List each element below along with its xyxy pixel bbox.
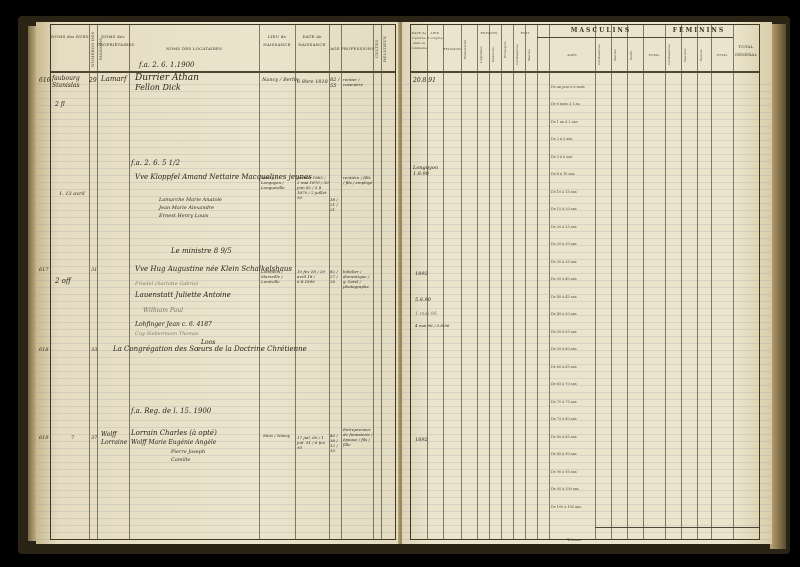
age-bracket: De 20 à 25 ans — [551, 225, 577, 229]
tenant-name: Lorrain Charles (à opté) — [131, 429, 217, 437]
tenant-name: Camille — [171, 457, 190, 463]
birth-place: Lothheim / Marseille / Lunéville — [261, 269, 295, 284]
header-date-naissance: DATE de NAISSANCE — [295, 33, 329, 49]
house-number: 37 — [91, 435, 97, 441]
age-bracket: De 80 à 85 ans — [551, 435, 577, 439]
age-bracket: De 45 à 50 ans — [551, 312, 577, 316]
age-bracket: De 5 à 6 ans — [551, 155, 572, 159]
header-lieu-naissance: LIEU de NAISSANCE — [259, 33, 295, 49]
entry-date-note: 4 mai 96 / 5.8.96 — [415, 323, 449, 328]
header-lieu-origine: LIEU d'origine — [427, 31, 443, 41]
age-bracket: De 50 à 55 ans — [551, 330, 577, 334]
totals-divider — [595, 527, 759, 528]
header-date-entree: DATE de l'entrée dans la commune — [411, 31, 427, 51]
entry-number: 619 — [39, 435, 49, 441]
entry-date-note: Longuyon 1.8.98 — [413, 165, 439, 177]
birth-date: 17 juil. 60 / 1 juil. 91 / 6 fev. 93 — [297, 435, 329, 450]
entry-date-note: 1892 — [415, 271, 428, 277]
header-cultes: CULTES RELIGIEUX — [373, 29, 381, 69]
street-name: faubourg Stanislas — [52, 75, 88, 89]
header-naturels: Naturels — [489, 41, 501, 69]
entry-note: Le ministre 8 9/5 — [171, 247, 232, 255]
age: 18 / 21 / 21 — [330, 197, 341, 212]
profession: rentière / fille / fils / employé — [343, 175, 373, 185]
age-bracket: De 15 à 20 ans — [551, 207, 577, 211]
birth-place: Metz / Nancy — [263, 433, 295, 438]
profession: rentier / cuisinière — [343, 77, 373, 87]
age-bracket: De 1 an à 2 ans — [551, 120, 578, 124]
header-enfants: ENFANTS — [477, 29, 501, 37]
entry-number: 616 — [39, 77, 50, 84]
right-table-frame: DATE de l'entrée dans la commune LIEU d'… — [410, 24, 760, 540]
header-feminins: FÉMININS — [665, 27, 733, 35]
left-table-frame: NOMS des RUES NUMÉROS DES MAISONS NOMS d… — [50, 24, 396, 540]
age-bracket: De 6 à 10 ans — [551, 172, 574, 176]
street-note: 7 — [71, 435, 74, 441]
age-bracket: De 95 à 100 ans — [551, 487, 579, 491]
entry-date-note: 5.8.90 — [415, 297, 431, 303]
header-nationalite: Nationalité — [461, 29, 477, 69]
age-bracket: De 90 à 95 ans — [551, 470, 577, 474]
left-page: NOMS des RUES NUMÉROS DES MAISONS NOMS d… — [36, 22, 400, 544]
header-f-veuves: Veuves — [697, 41, 711, 69]
owner-name: Lamarf — [101, 75, 127, 83]
tenant-name: Lauenstatt Juliette Antoine — [135, 291, 231, 299]
header-m-veufs: Veufs — [627, 41, 643, 69]
tenant-name: Friedel charlotte Gabriel — [135, 281, 198, 287]
age-bracket: De 40 à 45 ans — [551, 295, 577, 299]
entry-note: f.a. 2. 6. 5 1/2 — [131, 159, 180, 167]
header-legitimes: Légitimes — [477, 41, 489, 69]
profession: hôtelier / domestique / g. hotel / photo… — [343, 269, 373, 289]
header-etrangers: Étrangers — [501, 29, 513, 69]
entry-date-note: 1892 — [415, 437, 428, 443]
tenant-name: Wilhiam Paul — [143, 307, 183, 314]
entry-number: 618 — [39, 347, 49, 353]
age-bracket: De 30 à 35 ans — [551, 260, 577, 264]
tenant-name: Fellon Dick — [135, 83, 181, 92]
tenant-name: Lamarche Marie Anatole — [159, 197, 222, 203]
header-etat: ÉTAT — [513, 29, 537, 37]
tenant-name: Cuy Siebermann Thomas — [135, 331, 199, 337]
age-bracket: De 35 à 40 ans — [551, 277, 577, 281]
book-edge-right — [770, 24, 786, 549]
age: 82 / 27 / 26 — [330, 269, 341, 284]
tenant-name: Durrier Athan — [135, 73, 199, 83]
profession: Entrepreneur de fumisterie / épouse / fi… — [343, 427, 373, 447]
header-m-total: TOTAL — [643, 51, 665, 59]
age: 40 / 38 / 12 / 10 — [330, 433, 341, 453]
tenant-name: Wolff Marie Eugénie Angèle — [131, 439, 216, 446]
header-m-celibataires: Célibataires — [595, 41, 611, 69]
street-note: 2 fl — [55, 101, 65, 108]
age-bracket: De 55 à 60 ans — [551, 347, 577, 351]
house-number: 31 — [91, 267, 97, 273]
tenant-name: La Congrégation des Sœurs de la Doctrine… — [113, 345, 307, 353]
birth-date: 6 8bre 1818 — [297, 79, 328, 85]
age-bracket: De 10 à 15 ans — [551, 190, 577, 194]
header-ages: AGES — [549, 51, 595, 59]
entry-date-note: 20.8.91 — [413, 77, 436, 84]
age-bracket: De 70 à 75 ans — [551, 400, 577, 404]
header-divider — [411, 71, 759, 73]
header-celibataires: Célibataires — [513, 41, 525, 69]
entry-date-note: 1.mai 96 — [415, 311, 437, 317]
header-maries: Mariés — [525, 41, 537, 69]
right-page: DATE de l'entrée dans la commune LIEU d'… — [402, 22, 772, 544]
header-m-maries: Mariés — [611, 41, 627, 69]
age-bracket: De 6 mois à 1 an — [551, 102, 580, 106]
age-bracket: De 25 à 30 ans — [551, 242, 577, 246]
street-note: 1. 13 avril — [59, 191, 85, 197]
age-bracket: De 65 à 70 ans — [551, 382, 577, 386]
header-noms-locataires: NOMS DES LOCATAIRES — [129, 45, 259, 53]
header-noms-proprietaires: NOMS des PROPRIÉTAIRES — [97, 33, 129, 49]
age: 82 / 55 — [330, 77, 341, 89]
header-divider — [51, 71, 395, 73]
header-professions: PROFESSIONS — [341, 45, 373, 53]
entry-note: f.a. Reg. de l. 15. 1900 — [131, 407, 211, 415]
totals-label: Totaux — [567, 537, 581, 542]
age-bracket: De 100 à 105 ans — [551, 505, 581, 509]
street-note: 2 off — [55, 277, 71, 285]
header-note: f.a. 2. 6. 1.1900 — [139, 61, 195, 69]
header-noms-des-rues: NOMS des RUES — [51, 33, 89, 41]
header-f-total: TOTAL — [711, 51, 733, 59]
age-bracket-list: De un jour à 6 mois De 6 mois à 1 an De … — [551, 85, 595, 545]
tenant-name: Ernest Henry Louis — [159, 213, 208, 219]
birth-place: Nancy / Longuyon / Longueville — [261, 175, 295, 190]
age-bracket: De 2 à 5 ans — [551, 137, 572, 141]
house-number: 33 — [91, 347, 97, 353]
birth-date: 10 fev 18 / 29 avril 18 / 6.8.1890 — [297, 269, 329, 284]
age-bracket: De un jour à 6 mois — [551, 85, 585, 89]
tenant-name: Jean Marie Alexandre — [159, 205, 214, 211]
age-bracket: De 85 à 90 ans — [551, 452, 577, 456]
owner-name: Wolff Lorraine — [101, 431, 129, 447]
header-masculins: MASCULINS — [537, 27, 665, 35]
tenant-name: Lohfinger Jean c. 6. 4187 — [135, 321, 212, 328]
entry-number: 617 — [39, 267, 49, 273]
header-numeros-maisons: NUMÉROS DES MAISONS — [89, 29, 97, 69]
header-religion: RELIGION — [443, 45, 461, 53]
age-bracket: De 75 à 80 ans — [551, 417, 577, 421]
header-f-mariees: Mariées — [681, 41, 697, 69]
header-f-celibataires: Célibataires — [665, 41, 681, 69]
tenant-name: Pierre Joseph — [171, 449, 205, 455]
header-total-general: TOTAL GÉNÉRAL — [733, 43, 759, 59]
house-number: 29 — [89, 77, 97, 84]
age-bracket: De 60 à 65 ans — [551, 365, 577, 369]
birth-date: Janvier 1865 / 2 mai 1870 / 30 juin 82 /… — [297, 175, 329, 200]
birth-place: Nancy / Berlin — [262, 77, 299, 83]
header-age: AGE — [329, 45, 341, 53]
